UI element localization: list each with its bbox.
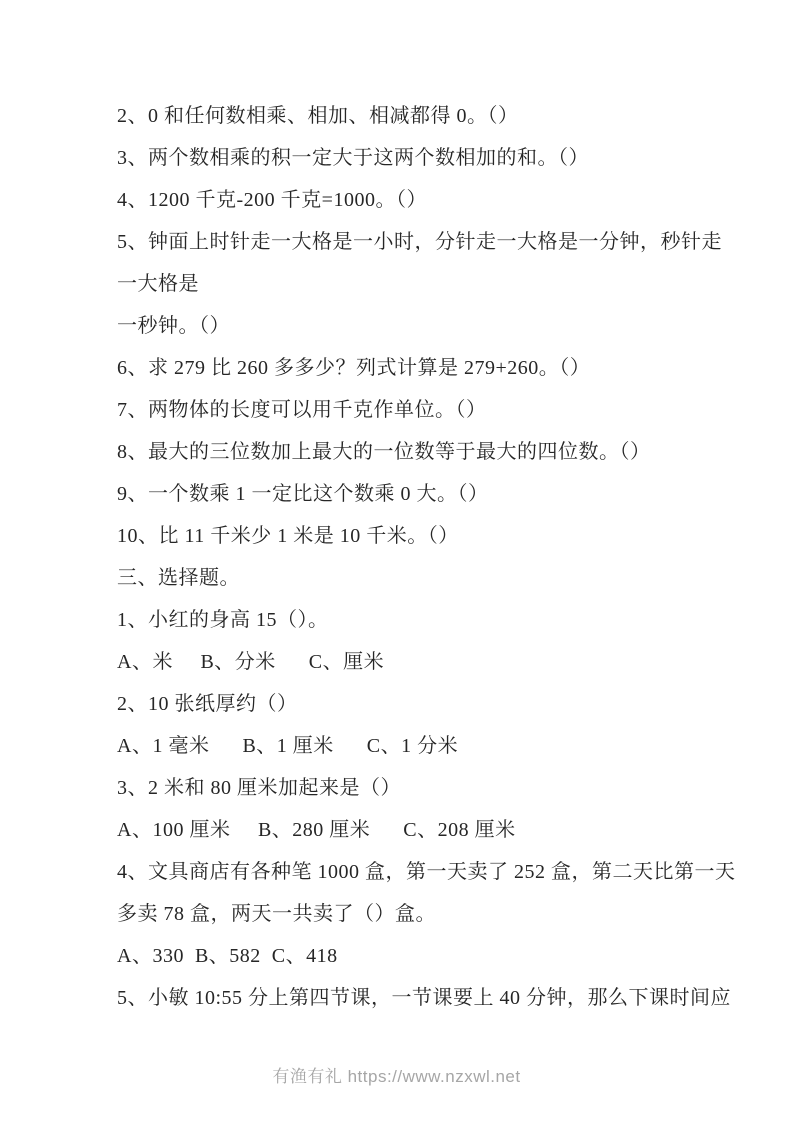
- choice-question-1-options: A、米 B、分米 C、厘米: [117, 641, 757, 683]
- tf-question-10: 10、比 11 千米少 1 米是 10 千米。（）: [117, 515, 757, 557]
- tf-question-6: 6、求 279 比 260 多多少？列式计算是 279+260。（）: [117, 347, 757, 389]
- choice-question-4-line-1: 4、文具商店有各种笔 1000 盒，第一天卖了 252 盒，第二天比第一天: [117, 851, 757, 893]
- tf-question-4: 4、1200 千克-200 千克=1000。（）: [117, 179, 757, 221]
- choice-section: 三、选择题。 1、小红的身高 15（）。 A、米 B、分米 C、厘米 2、10 …: [117, 557, 757, 1019]
- choice-question-4-line-2: 多卖 78 盒，两天一共卖了（）盒。: [117, 893, 757, 935]
- choice-question-2: 2、10 张纸厚约（）: [117, 683, 757, 725]
- worksheet-page: 2、0 和任何数相乘、相加、相减都得 0。（） 3、两个数相乘的积一定大于这两个…: [0, 0, 793, 1122]
- choice-section-heading: 三、选择题。: [117, 557, 757, 599]
- choice-question-1: 1、小红的身高 15（）。: [117, 599, 757, 641]
- choice-question-5-line-1: 5、小敏 10:55 分上第四节课，一节课要上 40 分钟，那么下课时间应: [117, 977, 757, 1019]
- page-footer: 有渔有礼 https://www.nzxwl.net: [0, 1062, 793, 1087]
- choice-question-3-options: A、100 厘米 B、280 厘米 C、208 厘米: [117, 809, 757, 851]
- choice-question-2-options: A、1 毫米 B、1 厘米 C、1 分米: [117, 725, 757, 767]
- tf-question-5-line-2: 一大格是: [117, 263, 757, 305]
- tf-question-9: 9、一个数乘 1 一定比这个数乘 0 大。（）: [117, 473, 757, 515]
- tf-question-3: 3、两个数相乘的积一定大于这两个数相加的和。（）: [117, 137, 757, 179]
- tf-question-8: 8、最大的三位数加上最大的一位数等于最大的四位数。（）: [117, 431, 757, 473]
- tf-question-5-line-1: 5、钟面上时针走一大格是一小时，分针走一大格是一分钟，秒针走: [117, 221, 757, 263]
- footer-credit: 有渔有礼 https://www.nzxwl.net: [272, 1067, 520, 1086]
- tf-question-5-line-3: 一秒钟。（）: [117, 305, 757, 347]
- choice-question-3: 3、2 米和 80 厘米加起来是（）: [117, 767, 757, 809]
- true-false-section: 2、0 和任何数相乘、相加、相减都得 0。（） 3、两个数相乘的积一定大于这两个…: [117, 95, 757, 557]
- tf-question-7: 7、两物体的长度可以用千克作单位。（）: [117, 389, 757, 431]
- choice-question-4-options: A、330 B、582 C、418: [117, 935, 757, 977]
- worksheet-content: 2、0 和任何数相乘、相加、相减都得 0。（） 3、两个数相乘的积一定大于这两个…: [117, 95, 757, 1019]
- tf-question-2: 2、0 和任何数相乘、相加、相减都得 0。（）: [117, 95, 757, 137]
